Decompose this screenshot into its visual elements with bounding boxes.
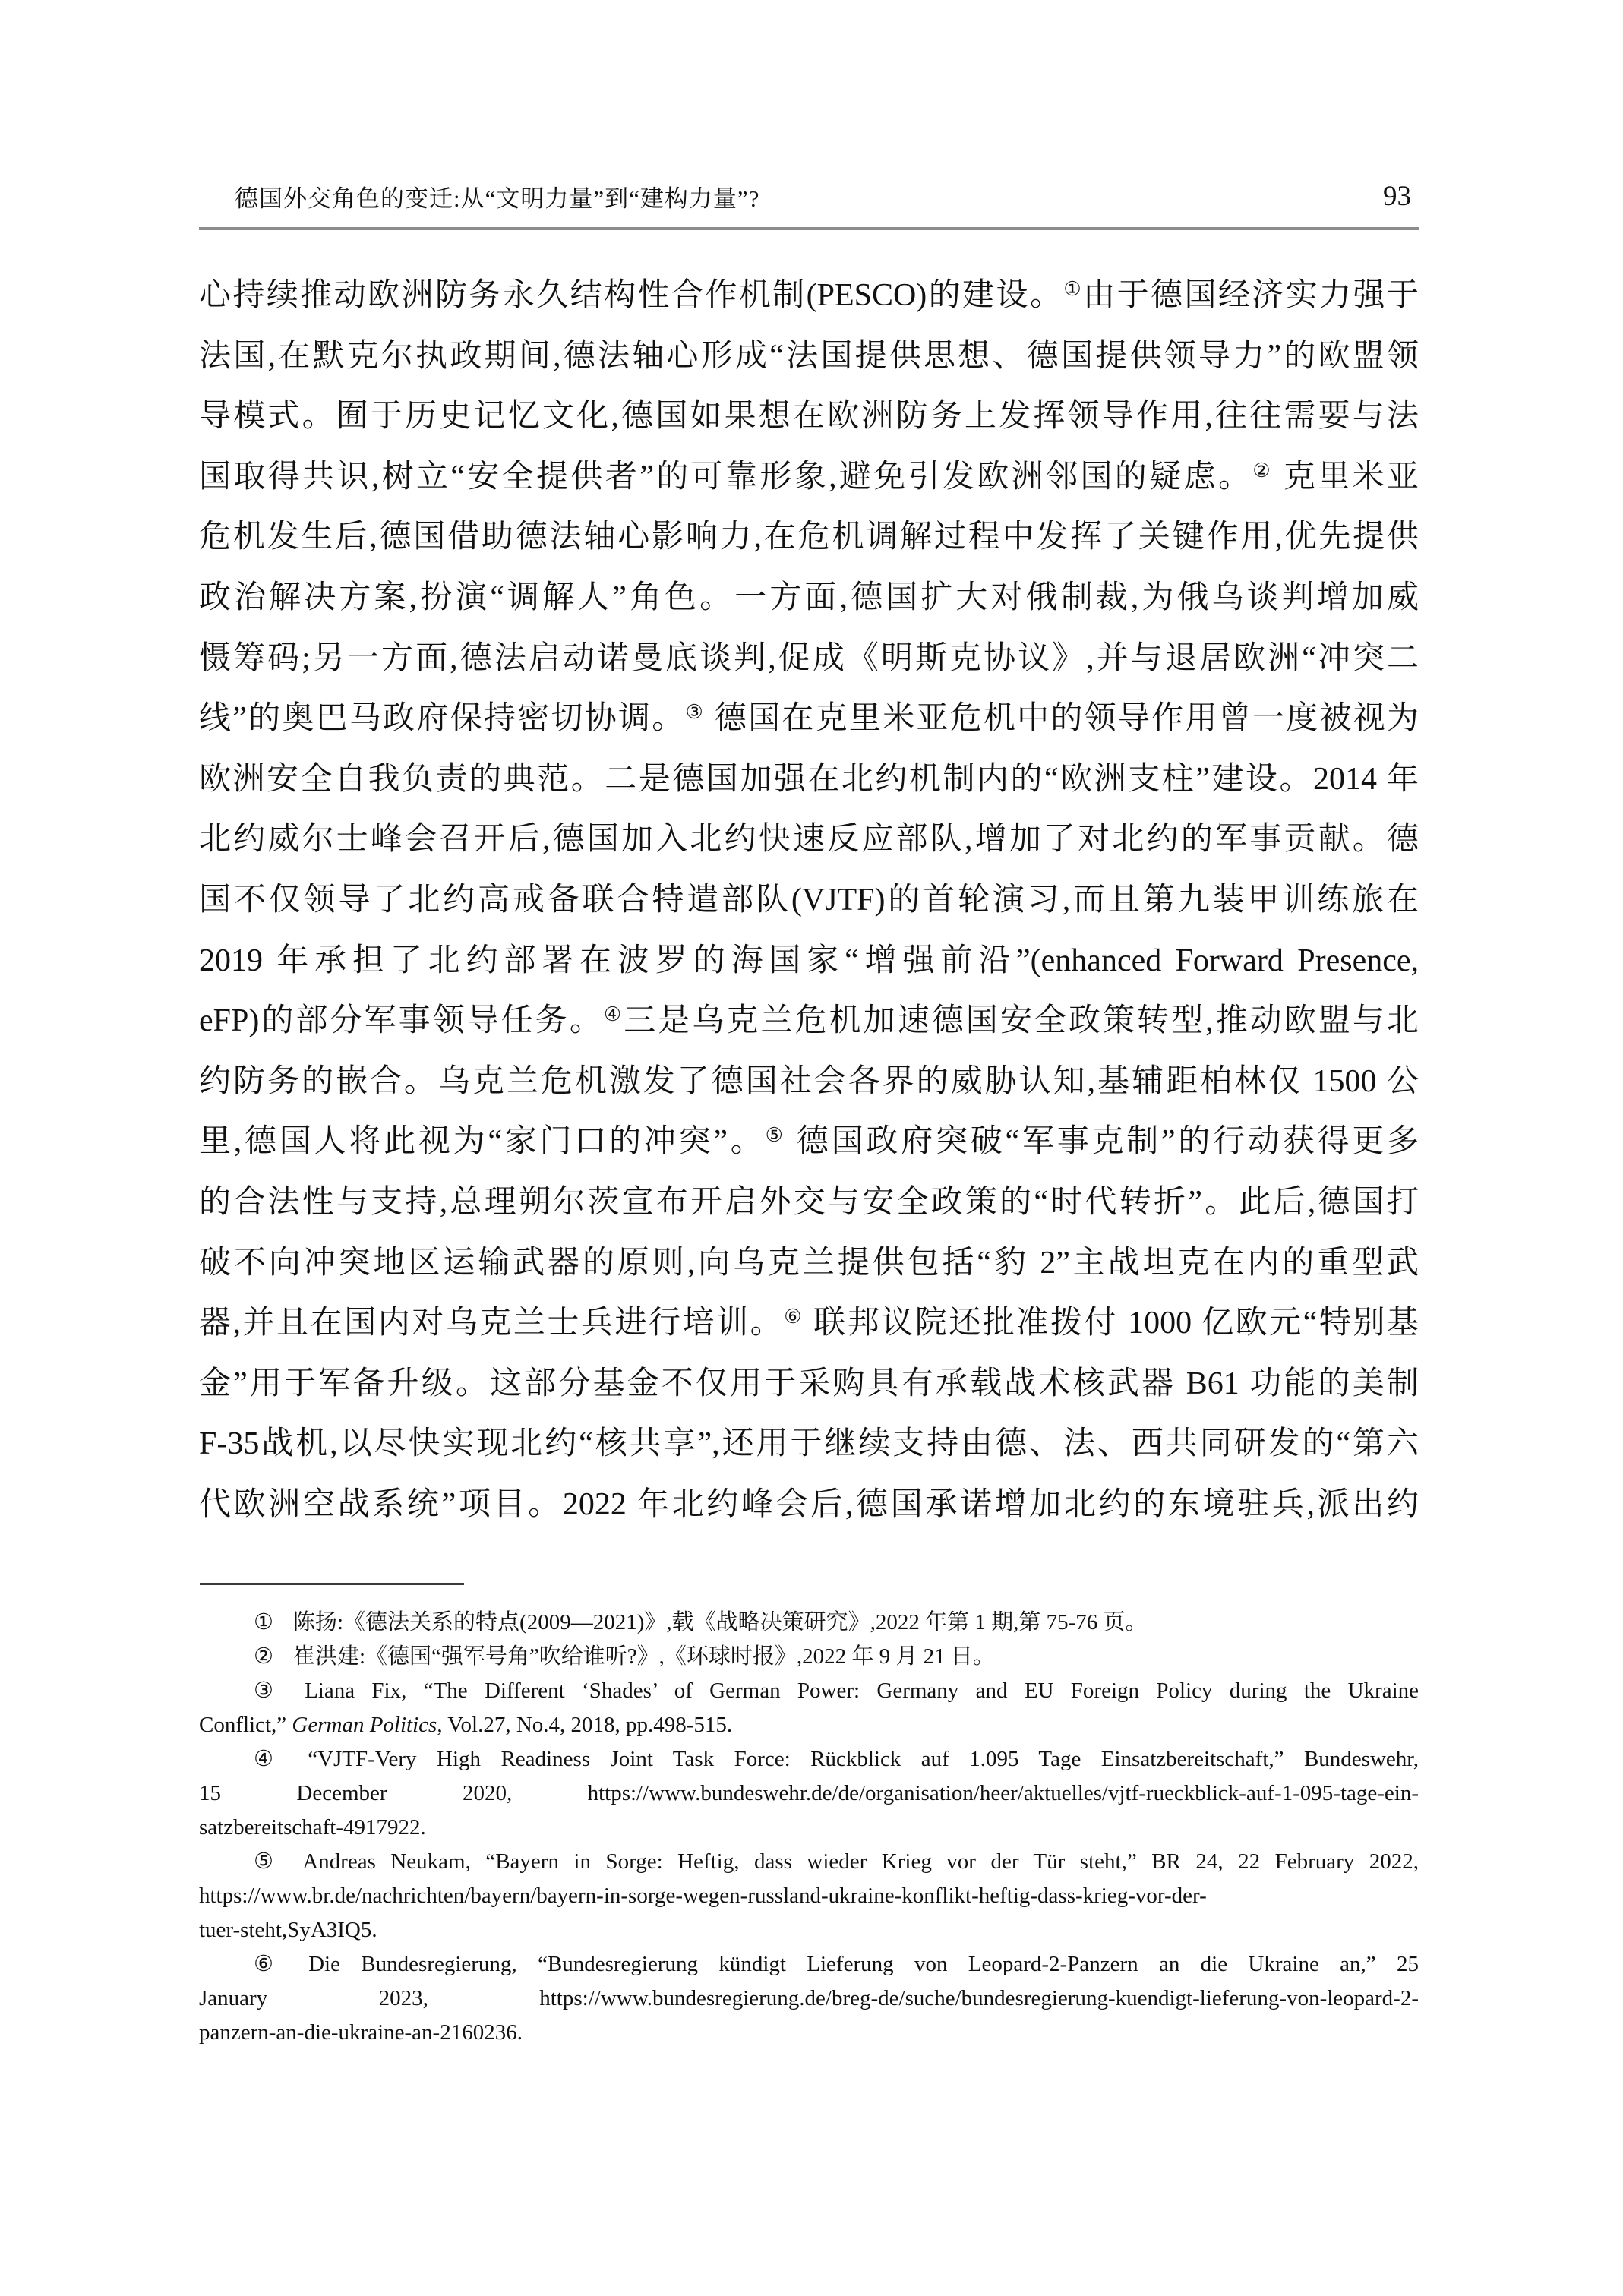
body-line: 慑筹码;另一方面,德法启动诺曼底谈判,促成《明斯克协议》,并与退居欧洲“冲突二 xyxy=(199,629,1419,690)
footnote-marker: ⑥ xyxy=(254,1952,289,1976)
footnote-line: ②崔洪建:《德国“强军号角”吹给谁听?》,《环球时报》,2022 年 9 月 2… xyxy=(199,1640,1419,1674)
footnote-text: , Vol.27, No.4, 2018, pp.498-515. xyxy=(437,1713,732,1737)
body-line: 危机发生后,德国借助德法轴心影响力,在危机调解过程中发挥了关键作用,优先提供 xyxy=(199,507,1419,568)
footnote-line: January 2023, https://www.bundesregierun… xyxy=(199,1982,1419,2016)
footnote-line: tuer-steht,SyA3IQ5. xyxy=(199,1913,1419,1947)
running-header: 德国外交角色的变迁:从“文明力量”到“建构力量”? 93 xyxy=(199,175,1419,217)
footnote-text: https://www.br.de/nachrichten/bayern/bay… xyxy=(199,1884,1207,1908)
body-line: 欧洲安全自我负责的典范。二是德国加强在北约机制内的“欧洲支柱”建设。2014 年 xyxy=(199,750,1419,810)
footnote-marker: ⑤ xyxy=(254,1849,283,1874)
footnote-ref: ⑥ xyxy=(784,1306,804,1328)
footnote-text: “VJTF-Very High Readiness Joint Task For… xyxy=(308,1747,1419,1771)
footnote-text: satzbereitschaft-4917922. xyxy=(199,1815,426,1840)
body-text: 心持续推动欧洲防务永久结构性合作机制(PESCO)的建设。①由于德国经济实力强于… xyxy=(199,266,1419,1535)
footnote-text: 崔洪建:《德国“强军号角”吹给谁听?》,《环球时报》,2022 年 9 月 21… xyxy=(293,1644,995,1669)
footnote-line: ⑥Die Bundesregierung, “Bundesregierung k… xyxy=(199,1947,1419,1982)
body-line: 心持续推动欧洲防务永久结构性合作机制(PESCO)的建设。①由于德国经济实力强于 xyxy=(199,266,1419,327)
footnotes-list: ①陈扬:《德法关系的特点(2009—2021)》,载《战略决策研究》,2022 … xyxy=(199,1606,1419,2050)
body-line: eFP)的部分军事领导任务。④三是乌克兰危机加速德国安全政策转型,推动欧盟与北 xyxy=(199,991,1419,1052)
footnote-text: Die Bundesregierung, “Bundesregierung kü… xyxy=(308,1952,1419,1976)
footnote-ref: ② xyxy=(1252,460,1273,482)
body-line: 器,并且在国内对乌克兰士兵进行培训。⑥ 联邦议院还批准拨付 1000 亿欧元“特… xyxy=(199,1293,1419,1354)
footnote-text: Conflict,” xyxy=(199,1713,292,1737)
header-rule xyxy=(199,227,1419,230)
footnote-ref: ⑤ xyxy=(766,1124,786,1146)
body-line: 政治解决方案,扮演“调解人”角色。一方面,德国扩大对俄制裁,为俄乌谈判增加威 xyxy=(199,568,1419,629)
body-line: 导模式。囿于历史记忆文化,德国如果想在欧洲防务上发挥领导作用,往往需要与法 xyxy=(199,387,1419,447)
footnote-text: 陈扬:《德法关系的特点(2009—2021)》,载《战略决策研究》,2022 年… xyxy=(293,1610,1148,1634)
footnote-marker: ③ xyxy=(254,1679,285,1703)
footnote-ref: ④ xyxy=(604,1003,624,1025)
body-line: 2019 年承担了北约部署在波罗的海国家“增强前沿”(enhanced Forw… xyxy=(199,931,1419,992)
footnote-line: Conflict,” German Politics, Vol.27, No.4… xyxy=(199,1708,1419,1742)
footnote-line: ③Liana Fix, “The Different ‘Shades’ of G… xyxy=(199,1674,1419,1708)
footnote-marker: ② xyxy=(254,1644,273,1669)
footnote-line: ④“VJTF-Very High Readiness Joint Task Fo… xyxy=(199,1742,1419,1776)
body-line: 国取得共识,树立“安全提供者”的可靠形象,避免引发欧洲邻国的疑虑。② 克里米亚 xyxy=(199,447,1419,508)
footnote-text: Andreas Neukam, “Bayern in Sorge: Heftig… xyxy=(302,1849,1419,1874)
body-line: 破不向冲突地区运输武器的原则,向乌克兰提供包括“豹 2”主战坦克在内的重型武 xyxy=(199,1233,1419,1294)
running-head-title: 德国外交角色的变迁:从“文明力量”到“建构力量”? xyxy=(235,179,759,213)
footnote-line: ①陈扬:《德法关系的特点(2009—2021)》,载《战略决策研究》,2022 … xyxy=(199,1606,1419,1640)
footnote-line: ⑤Andreas Neukam, “Bayern in Sorge: Hefti… xyxy=(199,1845,1419,1879)
body-line: 法国,在默克尔执政期间,德法轴心形成“法国提供思想、德国提供领导力”的欧盟领 xyxy=(199,327,1419,387)
footnote-ref: ③ xyxy=(686,701,706,723)
footnote-text: Liana Fix, “The Different ‘Shades’ of Ge… xyxy=(305,1679,1419,1703)
footnote-text: tuer-steht,SyA3IQ5. xyxy=(199,1918,377,1942)
body-line: F-35战机,以尽快实现北约“核共享”,还用于继续支持由德、法、西共同研发的“第… xyxy=(199,1414,1419,1475)
footnote-line: 15 December 2020, https://www.bundeswehr… xyxy=(199,1776,1419,1811)
body-line: 约防务的嵌合。乌克兰危机激发了德国社会各界的威胁认知,基辅距柏林仅 1500 公 xyxy=(199,1052,1419,1113)
footnote-text: panzern-an-die-ukraine-an-2160236. xyxy=(199,2020,523,2045)
body-line: 北约威尔士峰会召开后,德国加入北约快速反应部队,增加了对北约的军事贡献。德 xyxy=(199,810,1419,870)
body-line: 代欧洲空战系统”项目。2022 年北约峰会后,德国承诺增加北约的东境驻兵,派出约 xyxy=(199,1475,1419,1536)
footnote-text: January 2023, https://www.bundesregierun… xyxy=(199,1986,1419,2010)
footnote-line: panzern-an-die-ukraine-an-2160236. xyxy=(199,2016,1419,2050)
footnote-text: German Politics xyxy=(292,1713,437,1737)
body-line: 国不仅领导了北约高戒备联合特遣部队(VJTF)的首轮演习,而且第九装甲训练旅在 xyxy=(199,870,1419,931)
journal-page: 德国外交角色的变迁:从“文明力量”到“建构力量”? 93 心持续推动欧洲防务永久… xyxy=(0,0,1623,2296)
footnote-separator-rule xyxy=(200,1583,464,1585)
body-line: 金”用于军备升级。这部分基金不仅用于采购具有承载战术核武器 B61 功能的美制 xyxy=(199,1354,1419,1415)
footnote-ref: ① xyxy=(1063,278,1083,300)
footnote-text: 15 December 2020, https://www.bundeswehr… xyxy=(199,1781,1419,1805)
body-line: 里,德国人将此视为“家门口的冲突”。⑤ 德国政府突破“军事克制”的行动获得更多 xyxy=(199,1112,1419,1173)
page-number: 93 xyxy=(1383,180,1411,213)
footnote-marker: ① xyxy=(254,1610,273,1634)
body-line: 线”的奥巴马政府保持密切协调。③ 德国在克里米亚危机中的领导作用曾一度被视为 xyxy=(199,689,1419,750)
footnote-line: satzbereitschaft-4917922. xyxy=(199,1811,1419,1845)
footnote-line: https://www.br.de/nachrichten/bayern/bay… xyxy=(199,1879,1419,1913)
footnote-marker: ④ xyxy=(254,1747,288,1771)
body-line: 的合法性与支持,总理朔尔茨宣布开启外交与安全政策的“时代转折”。此后,德国打 xyxy=(199,1173,1419,1233)
